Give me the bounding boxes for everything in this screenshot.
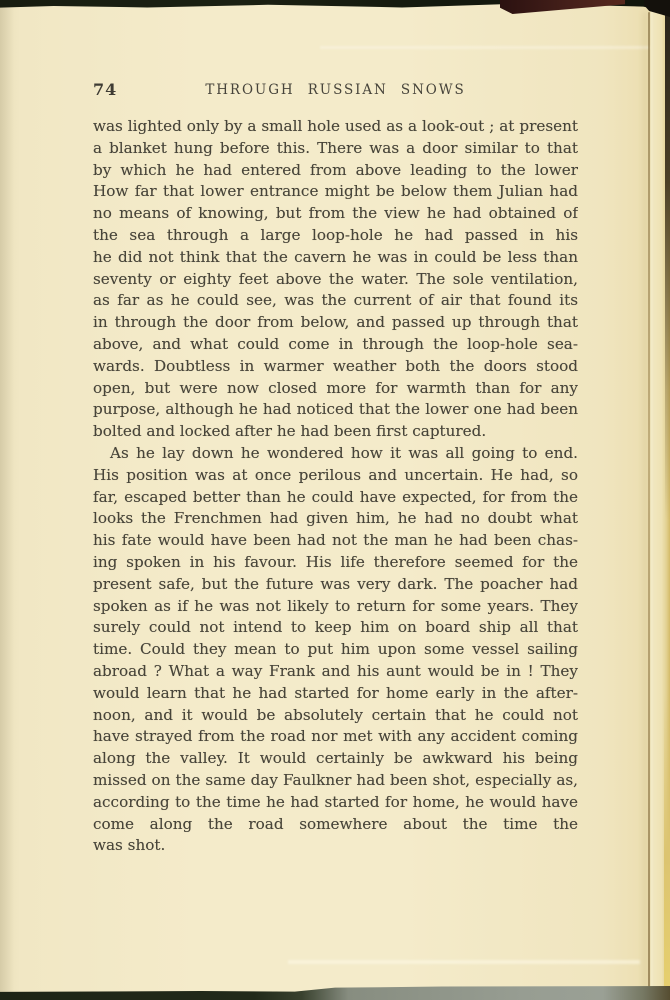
- text-line: would learn that he had started for home…: [93, 683, 578, 705]
- text-line: according to the time he had started for…: [93, 792, 578, 814]
- text-line: by which he had entered from above leadi…: [93, 160, 578, 182]
- text-line: come along the road somewhere about the …: [93, 814, 578, 836]
- text-line: in through the door from below, and pass…: [93, 312, 578, 334]
- page-left-shading: [0, 0, 14, 1000]
- text-line: have strayed from the road nor met with …: [93, 726, 578, 748]
- text-line: spoken as if he was not likely to return…: [93, 596, 578, 618]
- text-line: open, but were now closed more for warmt…: [93, 378, 578, 400]
- book-right-edge-dark: [665, 0, 670, 520]
- text-line: time. Could they mean to put him upon so…: [93, 639, 578, 661]
- text-line: bolted and locked after he had been firs…: [93, 421, 578, 443]
- text-line: was shot.: [93, 835, 578, 857]
- text-line: noon, and it would be absolutely certain…: [93, 705, 578, 727]
- text-line: above, and what could come in through th…: [93, 334, 578, 356]
- paper-crease-top: [320, 46, 650, 49]
- text-line: surely could not intend to keep him on b…: [93, 617, 578, 639]
- text-line: missed on the same day Faulkner had been…: [93, 770, 578, 792]
- text-line: was lighted only by a small hole used as…: [93, 116, 578, 138]
- text-line: along the valley. It would certainly be …: [93, 748, 578, 770]
- text-line: he did not think that the cavern he was …: [93, 247, 578, 269]
- text-line: present safe, but the future was very da…: [93, 574, 578, 596]
- print-area: 74 THROUGH RUSSIAN SNOWS was lighted onl…: [93, 80, 578, 857]
- text-line: his fate would have been had not the man…: [93, 530, 578, 552]
- text-line: the sea through a large loop-hole he had…: [93, 225, 578, 247]
- running-title: THROUGH RUSSIAN SNOWS: [93, 82, 578, 98]
- page-edge-line: [648, 12, 650, 990]
- text-line: His position was at once perilous and un…: [93, 465, 578, 487]
- scanned-book-page: 74 THROUGH RUSSIAN SNOWS was lighted onl…: [0, 0, 670, 1000]
- text-line: As he lay down he wondered how it was al…: [93, 443, 578, 465]
- text-line: How far that lower entrance might be bel…: [93, 181, 578, 203]
- text-line: abroad ? What a way Frank and his aunt w…: [93, 661, 578, 683]
- text-line: no means of knowing, but from the view h…: [93, 203, 578, 225]
- text-line: as far as he could see, was the current …: [93, 290, 578, 312]
- text-line: purpose, although he had noticed that th…: [93, 399, 578, 421]
- paragraph: As he lay down he wondered how it was al…: [93, 443, 578, 857]
- text-line: seventy or eighty feet above the water. …: [93, 269, 578, 291]
- paper-crease-bottom: [288, 960, 640, 964]
- body-text: was lighted only by a small hole used as…: [93, 116, 578, 857]
- paragraph: was lighted only by a small hole used as…: [93, 116, 578, 443]
- text-line: far, escaped better than he could have e…: [93, 487, 578, 509]
- book-bottom-edge: [0, 986, 670, 1000]
- book-cover-corner: [500, 0, 625, 14]
- text-line: looks the Frenchmen had given him, he ha…: [93, 508, 578, 530]
- book-right-edge-gilt: [664, 692, 670, 992]
- running-head: 74 THROUGH RUSSIAN SNOWS: [93, 80, 578, 100]
- text-line: a blanket hung before this. There was a …: [93, 138, 578, 160]
- text-line: ing spoken in his favour. His life there…: [93, 552, 578, 574]
- text-line: wards. Doubtless in warmer weather both …: [93, 356, 578, 378]
